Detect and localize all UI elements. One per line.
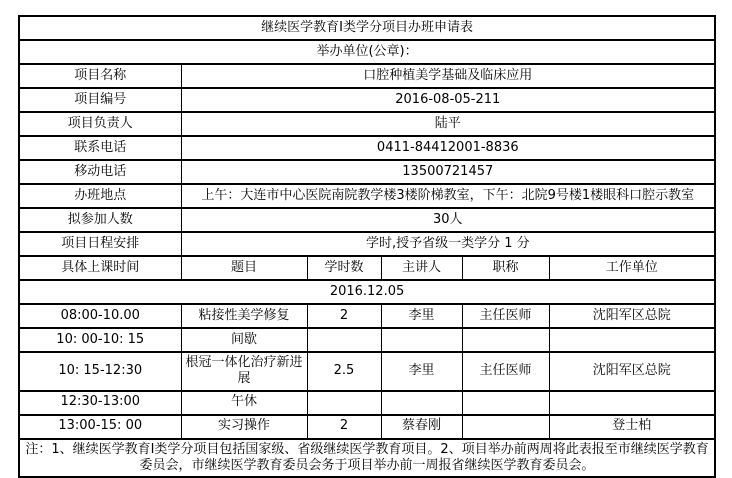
schedule-time: 12:30-13:00: [19, 391, 181, 415]
schedule-topic: 粘接性美学修复: [181, 304, 307, 328]
project-number-value: 2016-08-05-211: [181, 88, 715, 112]
col-header-speaker: 主讲人: [381, 256, 462, 280]
project-number-label: 项目编号: [19, 88, 181, 112]
application-form-table: 继续医学教育I类学分项目办班申请表 举办单位(公章)： 项目名称 口腔种植美学基…: [18, 15, 716, 478]
project-leader-value: 陆平: [181, 112, 715, 136]
schedule-speaker: 李里: [381, 304, 462, 328]
schedule-date-row: 2016.12.05: [19, 280, 715, 304]
contact-phone-value: 0411-84412001-8836: [181, 136, 715, 160]
schedule-org: [549, 391, 715, 415]
schedule-hours: [307, 391, 381, 415]
col-header-title: 职称: [462, 256, 549, 280]
mobile-phone-value: 13500721457: [181, 160, 715, 184]
schedule-speaker-title: [462, 328, 549, 352]
schedule-row: 12:30-13:00 午休: [19, 391, 715, 415]
organizer-row: 举办单位(公章)：: [19, 40, 715, 64]
schedule-time: 10: 15-12:30: [19, 352, 181, 391]
contact-phone-label: 联系电话: [19, 136, 181, 160]
schedule-speaker: 蔡春刚: [381, 415, 462, 439]
note-row: 注：1、继续医学教育Ⅰ类学分项目包括国家级、省级继续医学教育项目。2、项目举办前…: [19, 439, 715, 478]
schedule-speaker-title: [462, 415, 549, 439]
project-leader-label: 项目负责人: [19, 112, 181, 136]
schedule-speaker-title: 主任医师: [462, 304, 549, 328]
info-row-project-name: 项目名称 口腔种植美学基础及临床应用: [19, 64, 715, 88]
schedule-hours: [307, 328, 381, 352]
schedule-topic: 间歇: [181, 328, 307, 352]
schedule-speaker-title: [462, 391, 549, 415]
schedule-speaker-title: 主任医师: [462, 352, 549, 391]
schedule-topic: 根冠一体化治疗新进展: [181, 352, 307, 391]
project-schedule-label: 项目日程安排: [19, 232, 181, 256]
info-row-project-number: 项目编号 2016-08-05-211: [19, 88, 715, 112]
schedule-speaker: [381, 391, 462, 415]
project-name-value: 口腔种植美学基础及临床应用: [181, 64, 715, 88]
project-name-label: 项目名称: [19, 64, 181, 88]
participant-count-label: 拟参加人数: [19, 208, 181, 232]
schedule-hours: 2: [307, 415, 381, 439]
info-row-contact-phone: 联系电话 0411-84412001-8836: [19, 136, 715, 160]
schedule-speaker: [381, 328, 462, 352]
form-title: 继续医学教育I类学分项目办班申请表: [19, 16, 715, 40]
application-form-page: 继续医学教育I类学分项目办班申请表 举办单位(公章)： 项目名称 口腔种植美学基…: [0, 0, 732, 478]
schedule-org: 沈阳军区总院: [549, 304, 715, 328]
class-location-label: 办班地点: [19, 184, 181, 208]
schedule-time: 10: 00-10: 15: [19, 328, 181, 352]
title-row: 继续医学教育I类学分项目办班申请表: [19, 16, 715, 40]
schedule-row: 13:00-15: 00 实习操作 2 蔡春刚 登士柏: [19, 415, 715, 439]
mobile-phone-label: 移动电话: [19, 160, 181, 184]
schedule-row: 10: 00-10: 15 间歇: [19, 328, 715, 352]
info-row-participant-count: 拟参加人数 30人: [19, 208, 715, 232]
info-row-mobile-phone: 移动电话 13500721457: [19, 160, 715, 184]
schedule-speaker: 李里: [381, 352, 462, 391]
schedule-time: 13:00-15: 00: [19, 415, 181, 439]
schedule-hours: 2: [307, 304, 381, 328]
schedule-date: 2016.12.05: [19, 280, 715, 304]
schedule-header-row: 具体上课时间 题目 学时数 主讲人 职称 工作单位: [19, 256, 715, 280]
col-header-hours: 学时数: [307, 256, 381, 280]
schedule-org: [549, 328, 715, 352]
info-row-project-leader: 项目负责人 陆平: [19, 112, 715, 136]
organizer-label: 举办单位(公章)：: [19, 40, 715, 64]
col-header-work-unit: 工作单位: [549, 256, 715, 280]
class-location-value: 上午：大连市中心医院南院教学楼3楼阶梯教室，下午：北院9号楼1楼眼科口腔示教室: [181, 184, 715, 208]
info-row-class-location: 办班地点 上午：大连市中心医院南院教学楼3楼阶梯教室，下午：北院9号楼1楼眼科口…: [19, 184, 715, 208]
col-header-topic: 题目: [181, 256, 307, 280]
schedule-topic: 午休: [181, 391, 307, 415]
schedule-org: 沈阳军区总院: [549, 352, 715, 391]
schedule-row: 10: 15-12:30 根冠一体化治疗新进展 2.5 李里 主任医师 沈阳军区…: [19, 352, 715, 391]
schedule-hours: 2.5: [307, 352, 381, 391]
project-schedule-value: 学时,授予省级一类学分 1 分: [181, 232, 715, 256]
schedule-time: 08:00-10.00: [19, 304, 181, 328]
schedule-row: 08:00-10.00 粘接性美学修复 2 李里 主任医师 沈阳军区总院: [19, 304, 715, 328]
schedule-topic: 实习操作: [181, 415, 307, 439]
form-note: 注：1、继续医学教育Ⅰ类学分项目包括国家级、省级继续医学教育项目。2、项目举办前…: [19, 439, 715, 478]
participant-count-value: 30人: [181, 208, 715, 232]
info-row-project-schedule: 项目日程安排 学时,授予省级一类学分 1 分: [19, 232, 715, 256]
col-header-class-time: 具体上课时间: [19, 256, 181, 280]
schedule-org: 登士柏: [549, 415, 715, 439]
